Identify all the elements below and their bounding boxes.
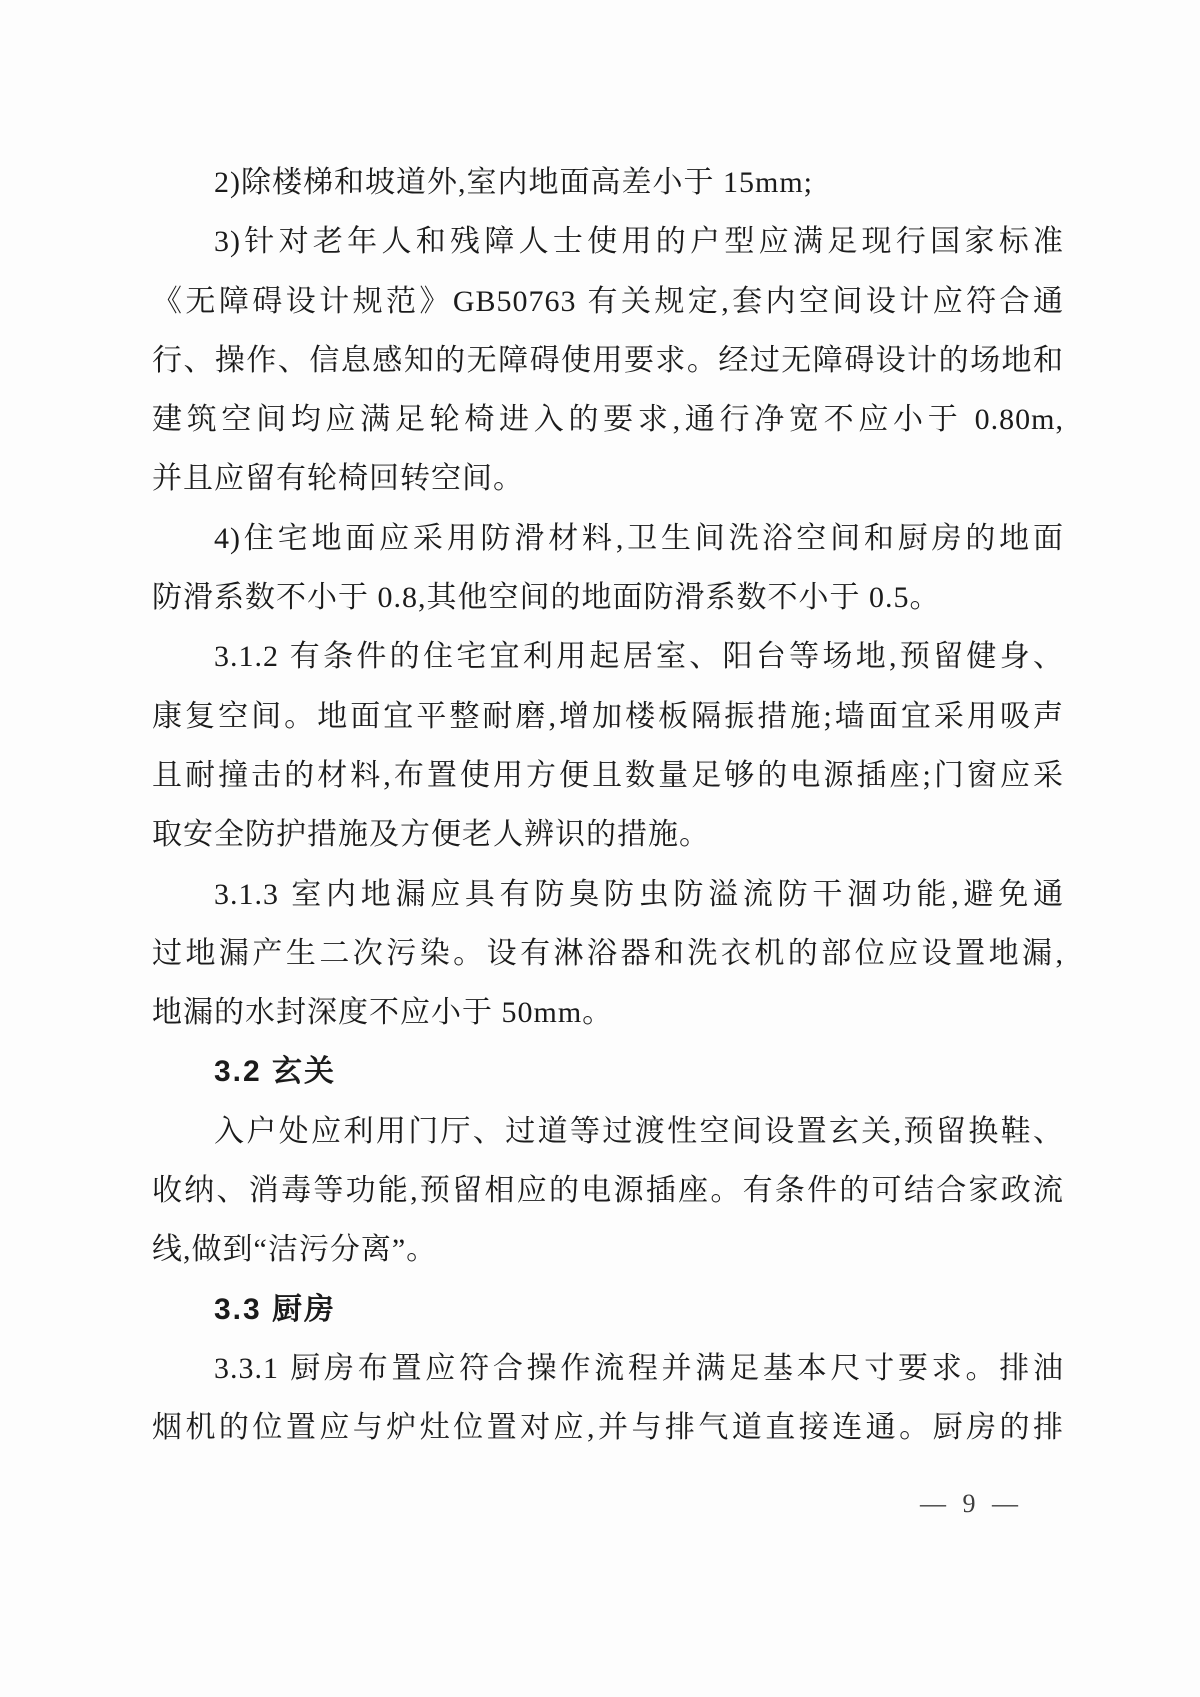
clause-3-1-3-line: 3.1.3 室内地漏应具有防臭防虫防溢流防干涸功能,避免通 <box>152 865 1064 924</box>
text-line: 《无障碍设计规范》GB50763 有关规定,套内空间设计应符合通 <box>152 272 1064 331</box>
text-line: 地漏的水封深度不应小于 50mm。 <box>152 983 1064 1042</box>
text-line: 入户处应利用门厅、过道等过渡性空间设置玄关,预留换鞋、 <box>152 1102 1064 1161</box>
text-line: 取安全防护措施及方便老人辨识的措施。 <box>152 805 1064 864</box>
text-line: 行、操作、信息感知的无障碍使用要求。经过无障碍设计的场地和 <box>152 331 1064 390</box>
text-line: 4)住宅地面应采用防滑材料,卫生间洗浴空间和厨房的地面 <box>152 509 1064 568</box>
text-line: 3)针对老年人和残障人士使用的户型应满足现行国家标准 <box>152 212 1064 271</box>
text-line: 康复空间。地面宜平整耐磨,增加楼板隔振措施;墙面宜采用吸声 <box>152 687 1064 746</box>
text-line: 线,做到“洁污分离”。 <box>152 1220 1064 1279</box>
section-heading-3-2: 3.2 玄关 <box>152 1042 1064 1101</box>
text-line: 建筑空间均应满足轮椅进入的要求,通行净宽不应小于 0.80m, <box>152 390 1064 449</box>
page-number: — 9 — <box>905 1489 1035 1519</box>
document-text: 2)除楼梯和坡道外,室内地面高差小于 15mm; 3)针对老年人和残障人士使用的… <box>152 153 1064 1458</box>
text-line: 且耐撞击的材料,布置使用方便且数量足够的电源插座;门窗应采 <box>152 746 1064 805</box>
text-line: 过地漏产生二次污染。设有淋浴器和洗衣机的部位应设置地漏, <box>152 924 1064 983</box>
clause-3-3-1-line: 3.3.1 厨房布置应符合操作流程并满足基本尺寸要求。排油 <box>152 1339 1064 1398</box>
text-line: 收纳、消毒等功能,预留相应的电源插座。有条件的可结合家政流 <box>152 1161 1064 1220</box>
text-line: 2)除楼梯和坡道外,室内地面高差小于 15mm; <box>152 153 1064 212</box>
clause-3-1-2-line: 3.1.2 有条件的住宅宜利用起居室、阳台等场地,预留健身、 <box>152 627 1064 686</box>
document-page: 2)除楼梯和坡道外,室内地面高差小于 15mm; 3)针对老年人和残障人士使用的… <box>0 0 1200 1697</box>
text-line: 并且应留有轮椅回转空间。 <box>152 449 1064 508</box>
text-line: 烟机的位置应与炉灶位置对应,并与排气道直接连通。厨房的排 <box>152 1398 1064 1457</box>
section-heading-3-3: 3.3 厨房 <box>152 1280 1064 1339</box>
text-line: 防滑系数不小于 0.8,其他空间的地面防滑系数不小于 0.5。 <box>152 568 1064 627</box>
